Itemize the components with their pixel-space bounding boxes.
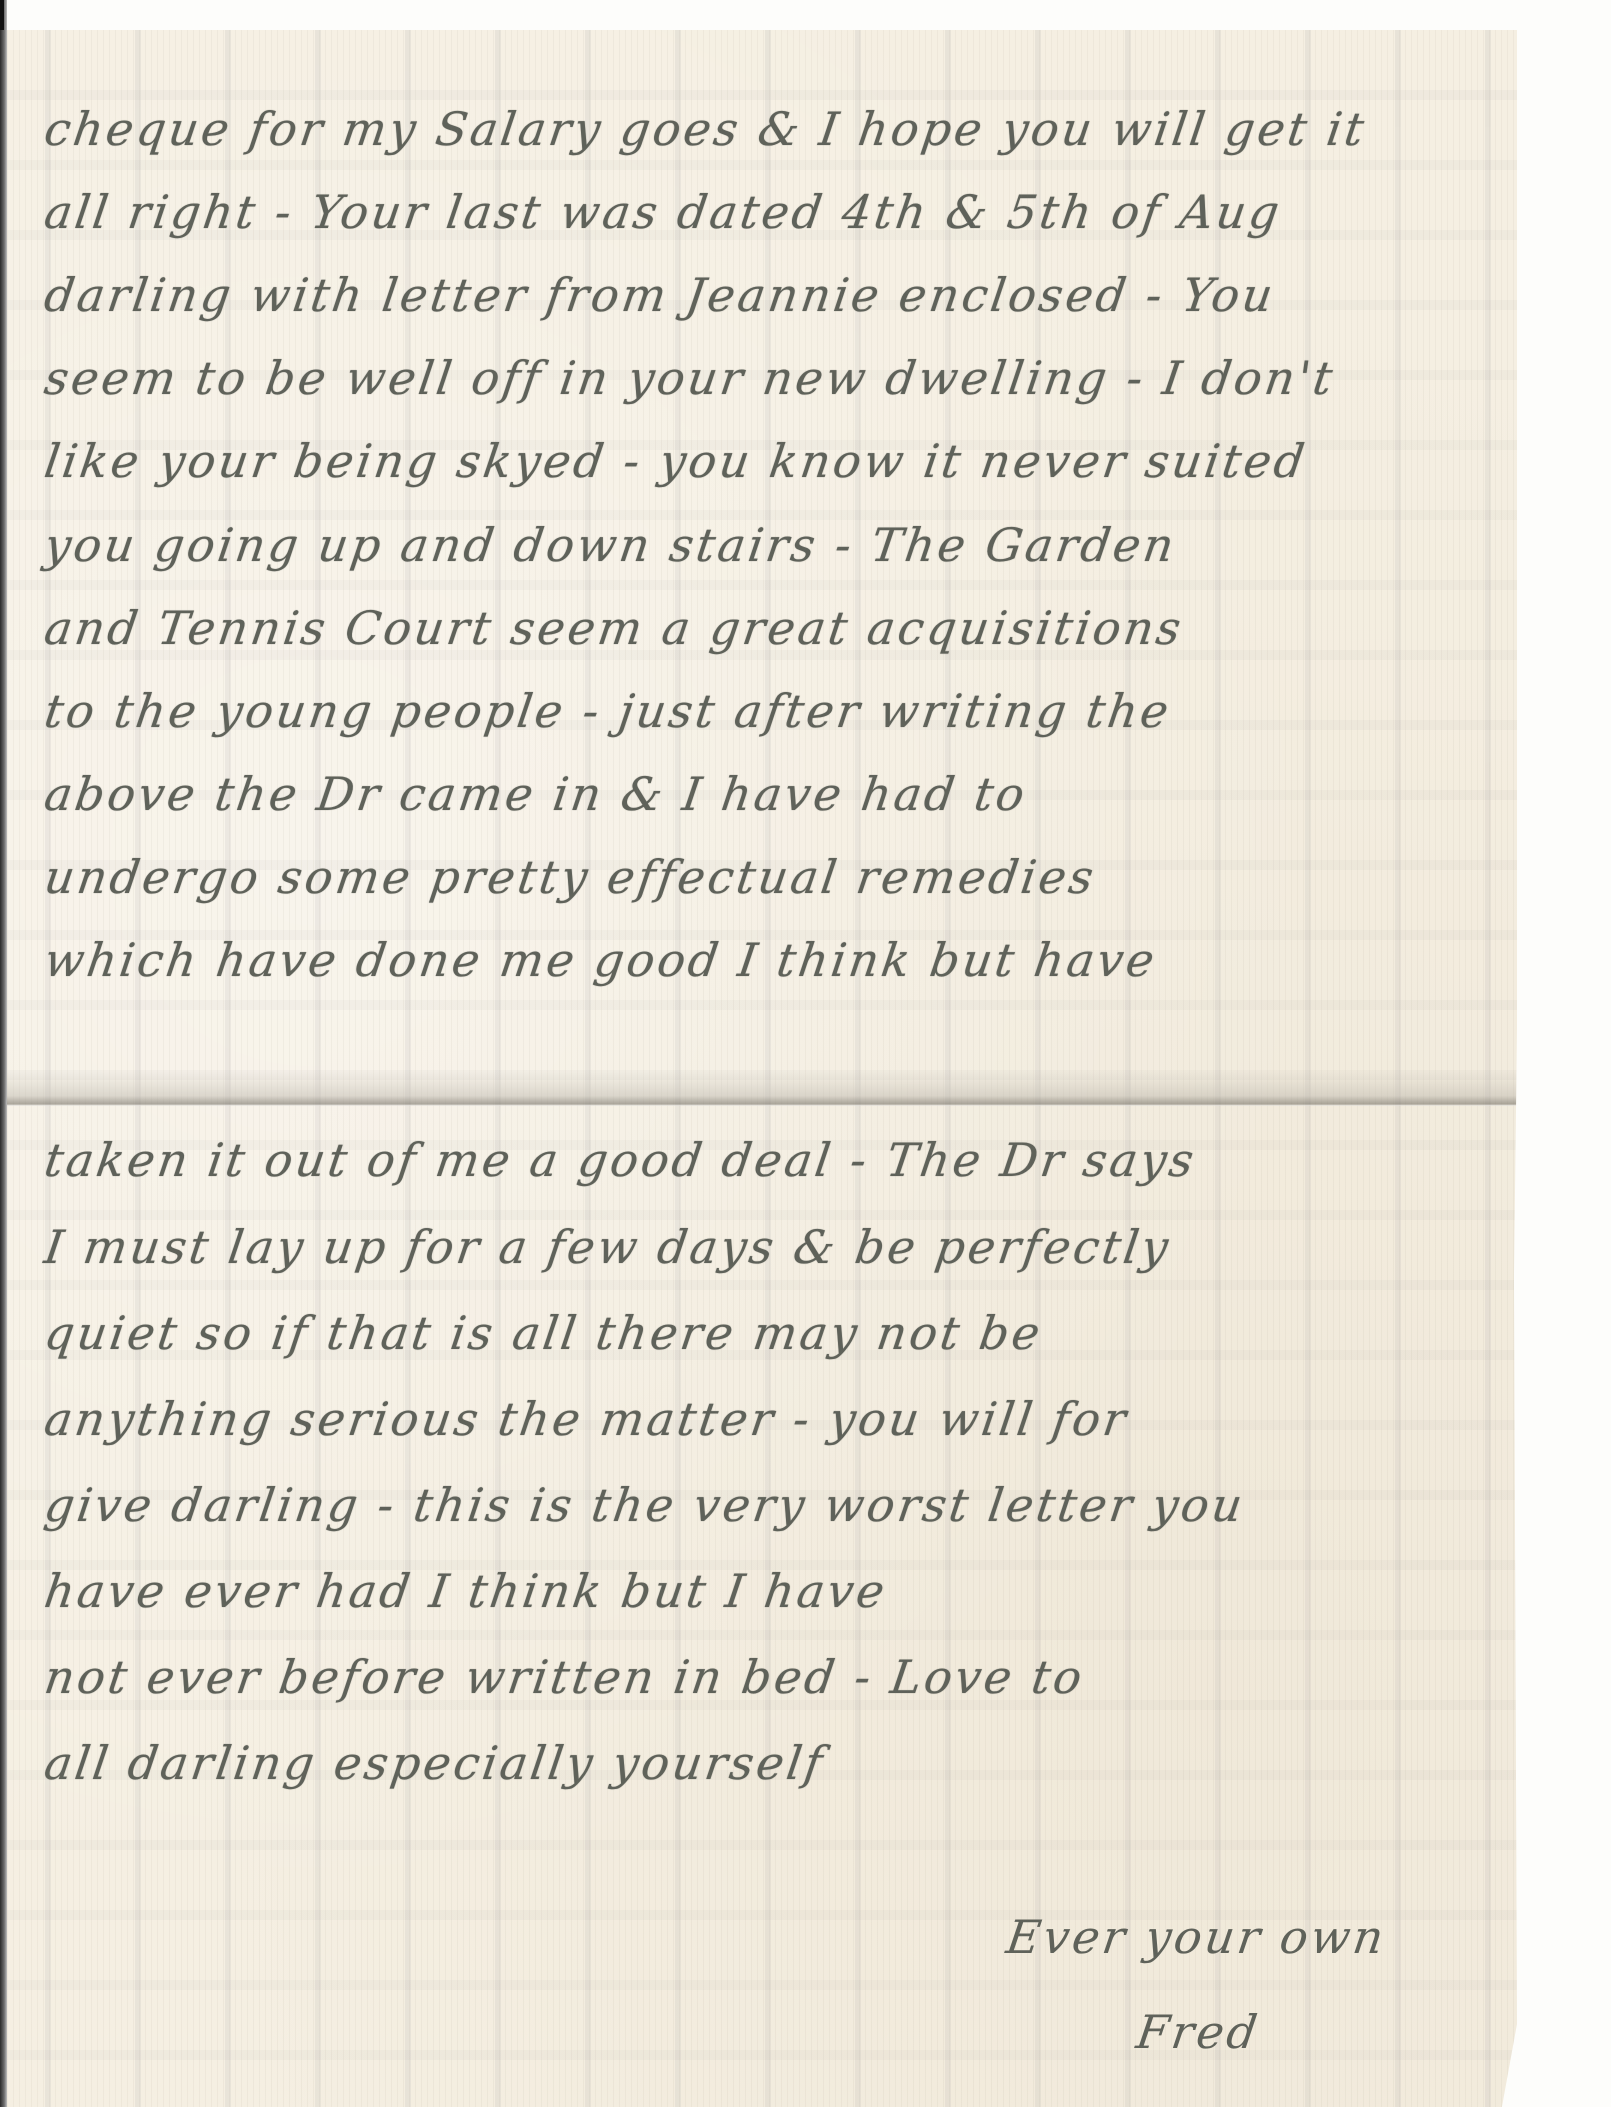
letter-line: all right - Your last was dated 4th & 5t… [41,185,1285,239]
letter-line: like your being skyed - you know it neve… [41,434,1310,488]
letter-line: to the young people - just after writing… [41,684,1175,738]
letter-line: taken it out of me a good deal - The Dr … [41,1133,1200,1187]
letter-line: not ever before written in bed - Love to [41,1650,1088,1704]
letter-line: all darling especially yourself [41,1736,828,1790]
letter-line: undergo some pretty effectual remedies [41,850,1099,904]
letter-line: give darling - this is the very worst le… [41,1478,1248,1532]
scan-corner-shadow [0,0,4,30]
letter-line: seem to be well off in your new dwelling… [41,351,1338,405]
ink-bleed-through [7,30,1517,2107]
letter-closing: Ever your own [1003,1910,1390,1964]
letter-line: anything serious the matter - you will f… [41,1392,1132,1446]
letter-line: and Tennis Court seem a great acquisitio… [41,601,1187,655]
letter-signature: Fred [1133,2005,1263,2059]
letter-line: cheque for my Salary goes & I hope you w… [41,102,1370,156]
letter-line: have ever had I think but I have [41,1564,891,1618]
scan-left-edge [0,0,7,2107]
letter-line: which have done me good I think but have [41,933,1160,987]
letter-line: darling with letter from Jeannie enclose… [41,268,1279,322]
fold-crease [7,1072,1517,1106]
letter-line: quiet so if that is all there may not be [41,1306,1046,1360]
letter-line: you going up and down stairs - The Garde… [41,518,1180,572]
letter-page: cheque for my Salary goes & I hope you w… [7,30,1517,2107]
letter-line: I must lay up for a few days & be perfec… [41,1220,1174,1274]
letter-line: above the Dr came in & I have had to [41,767,1031,821]
